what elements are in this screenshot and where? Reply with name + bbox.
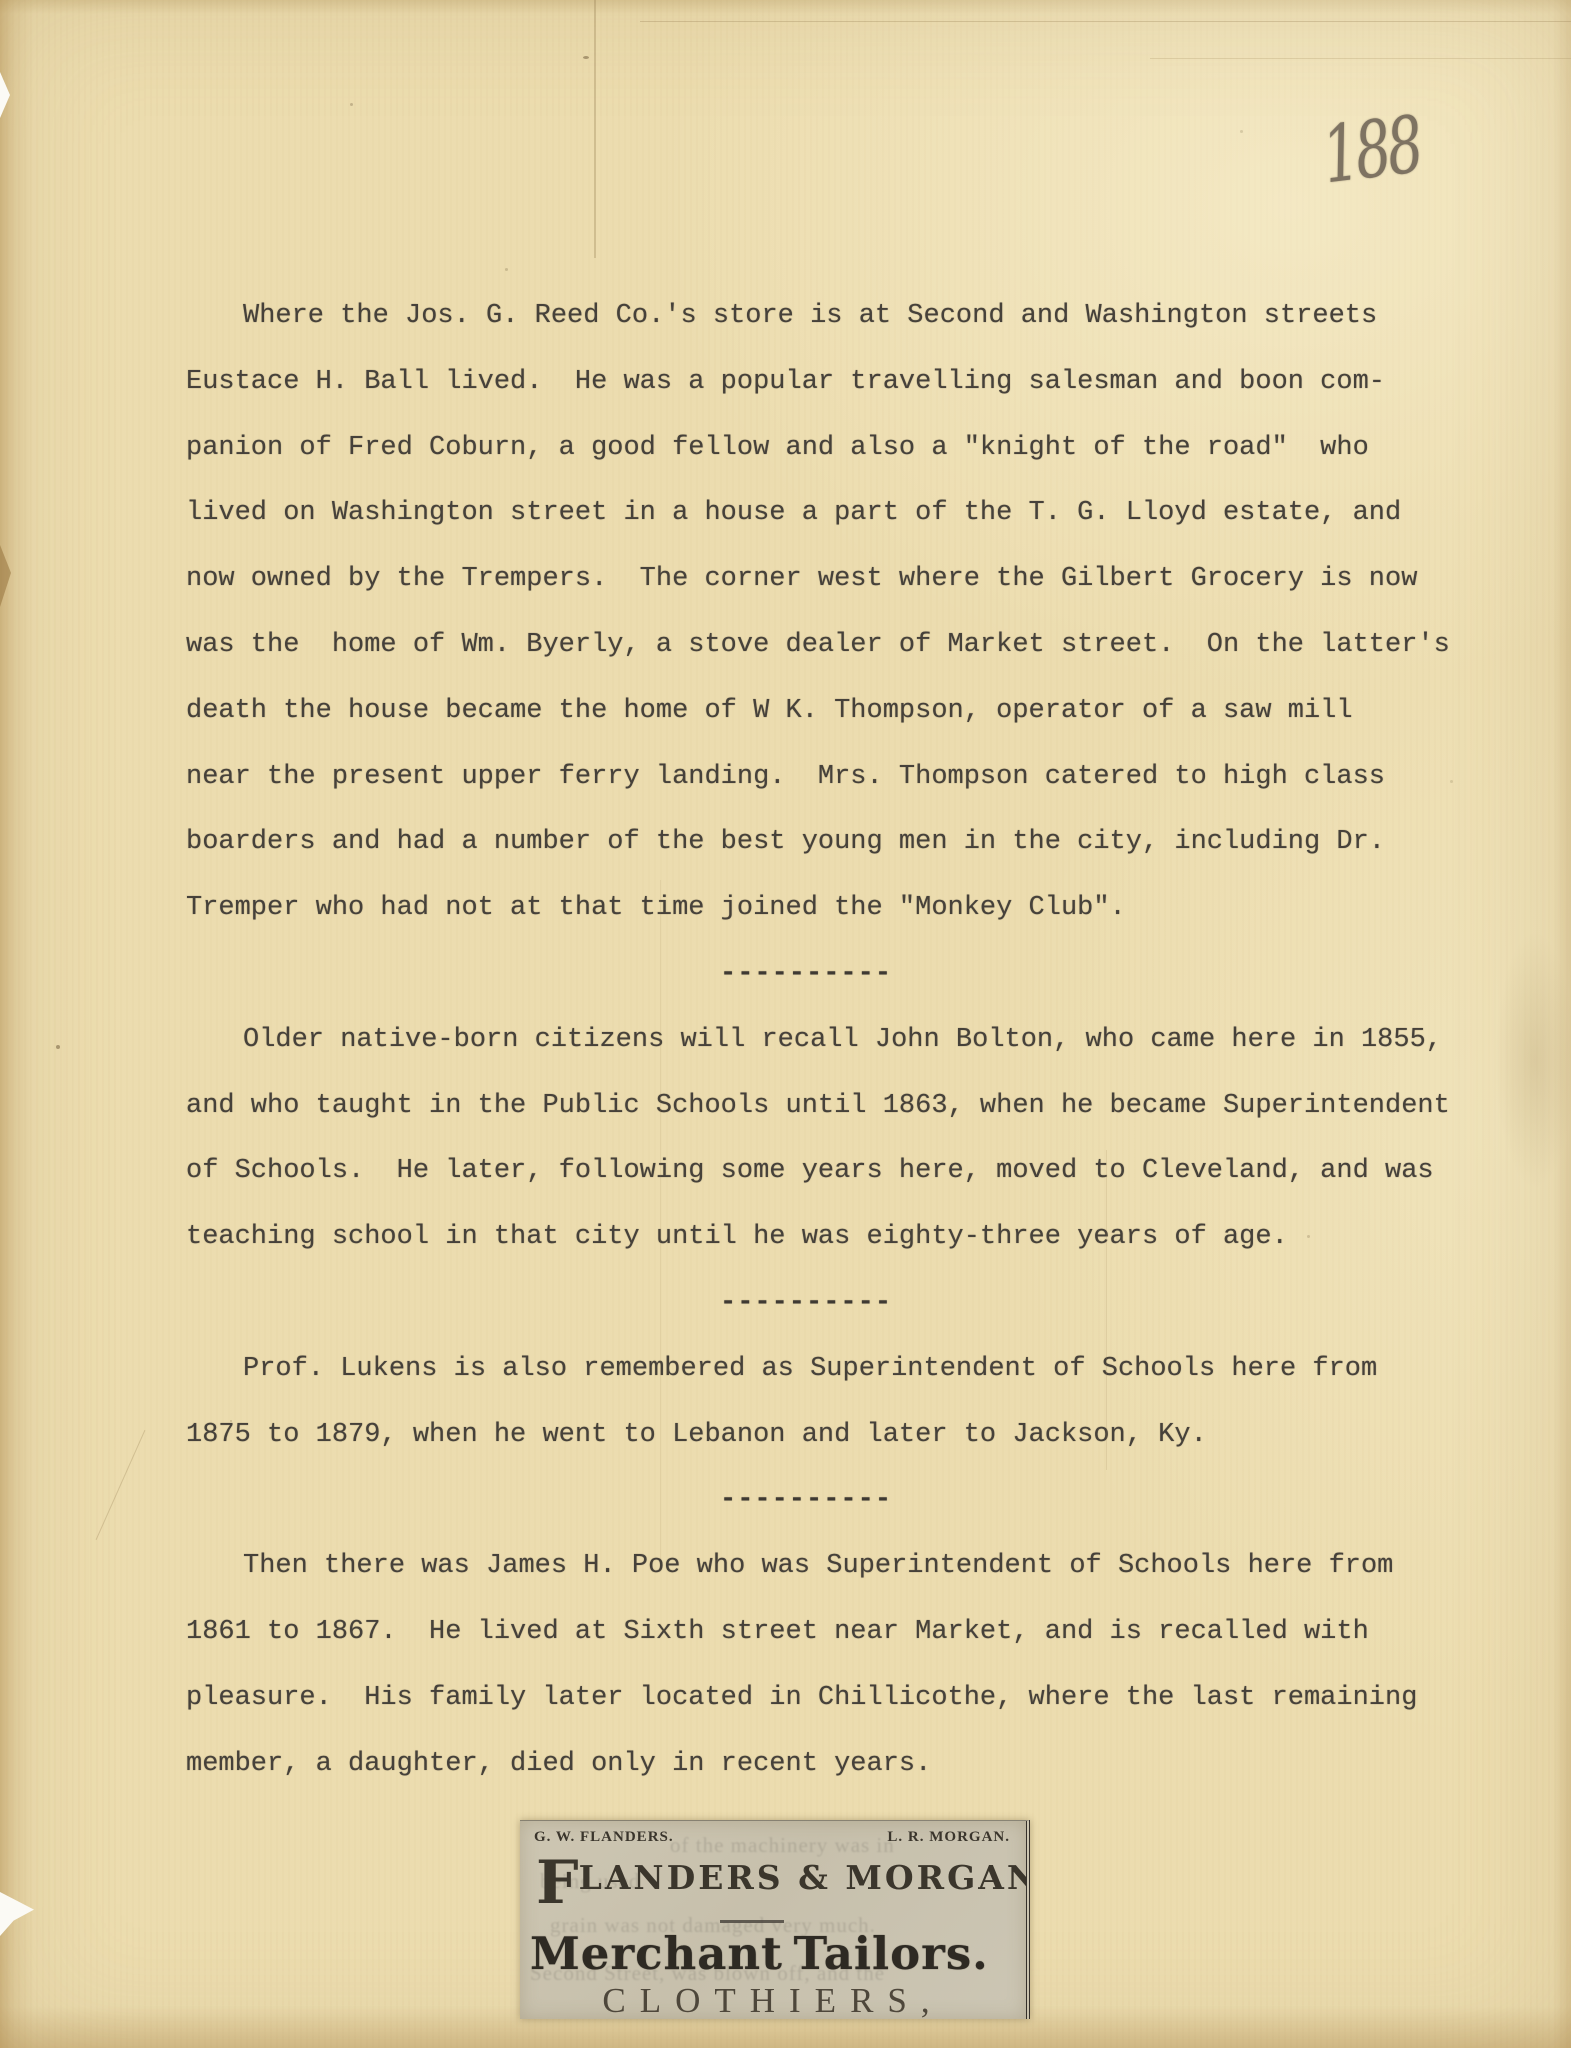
typewritten-line: death the house became the home of W K. …	[186, 679, 1516, 745]
typewritten-line: and who taught in the Public Schools unt…	[186, 1074, 1516, 1140]
typewritten-line: panion of Fred Coburn, a good fellow and…	[186, 416, 1516, 482]
typewritten-line: Eustace H. Ball lived. He was a popular …	[186, 350, 1516, 416]
crease-line	[1106, 1150, 1107, 1470]
ad-proprietors-row: G. W. FLANDERS. L. R. MORGAN.	[520, 1821, 1026, 1846]
ad-divider-rule	[720, 1920, 784, 1923]
dash-separator: ----------	[186, 942, 1516, 1008]
paper-speck	[1450, 780, 1453, 783]
ad-trade-line: Merchant Tailors.	[520, 1927, 1026, 1980]
crease-line	[594, 0, 596, 258]
typewritten-line: 1861 to 1867. He lived at Sixth street n…	[186, 1600, 1516, 1666]
ad-proprietor-left: G. W. FLANDERS.	[534, 1829, 674, 1846]
typewritten-line: of Schools. He later, following some yea…	[186, 1139, 1516, 1205]
typewritten-line: member, a daughter, died only in recent …	[186, 1732, 1516, 1798]
paper-speck	[1307, 1235, 1310, 1238]
paper-speck	[230, 1420, 232, 1422]
typewritten-line: Where the Jos. G. Reed Co.'s store is at…	[186, 284, 1516, 350]
newspaper-ad-clipping: of the machinery was in being used grain…	[520, 1820, 1030, 2019]
typewritten-line: now owned by the Trempers. The corner we…	[186, 547, 1516, 613]
paper-speck	[1240, 130, 1243, 133]
torn-edge-notch	[0, 72, 10, 118]
handwritten-page-number: 188	[1318, 100, 1425, 201]
paper-speck	[505, 268, 508, 271]
torn-edge-notch	[0, 1892, 34, 1936]
typewritten-text-block: Where the Jos. G. Reed Co.'s store is at…	[186, 284, 1516, 1797]
crease-line	[1150, 58, 1571, 59]
crease-line	[660, 880, 661, 1560]
ad-proprietor-right: L. R. MORGAN.	[887, 1829, 1010, 1846]
typewritten-line: teaching school in that city until he wa…	[186, 1205, 1516, 1271]
crease-line	[96, 1430, 146, 1540]
edge-shadow-notch	[0, 545, 11, 607]
dash-separator: ----------	[186, 1468, 1516, 1534]
typewritten-line: pleasure. His family later located in Ch…	[186, 1666, 1516, 1732]
scanned-document-page: 188 Where the Jos. G. Reed Co.'s store i…	[0, 0, 1571, 2048]
typewritten-line: 1875 to 1879, when he went to Lebanon an…	[186, 1403, 1516, 1469]
ad-firm-dropcap: F	[536, 1848, 579, 1918]
typewritten-line: near the present upper ferry landing. Mr…	[186, 745, 1516, 811]
dash-separator: ----------	[186, 1271, 1516, 1337]
typewritten-line: Tremper who had not at that time joined …	[186, 876, 1516, 942]
typewritten-line: Older native-born citizens will recall J…	[186, 1008, 1516, 1074]
paper-speck	[56, 1045, 60, 1049]
ad-firm-rest: LANDERS & MORGAN,	[579, 1858, 1030, 1897]
crease-line	[640, 21, 1571, 22]
fingerprint-smudge	[1495, 930, 1571, 1190]
ad-subtitle: CLOTHIERS,	[520, 1981, 1026, 2019]
typewritten-line: Then there was James H. Poe who was Supe…	[186, 1534, 1516, 1600]
typewritten-line: was the home of Wm. Byerly, a stove deal…	[186, 613, 1516, 679]
typewritten-line: boarders and had a number of the best yo…	[186, 810, 1516, 876]
paper-speck	[350, 103, 353, 106]
ad-firm-name: FLANDERS & MORGAN,	[520, 1848, 1026, 1918]
paper-speck	[583, 56, 589, 59]
typewritten-line: lived on Washington street in a house a …	[186, 481, 1516, 547]
typewritten-line: Prof. Lukens is also remembered as Super…	[186, 1337, 1516, 1403]
